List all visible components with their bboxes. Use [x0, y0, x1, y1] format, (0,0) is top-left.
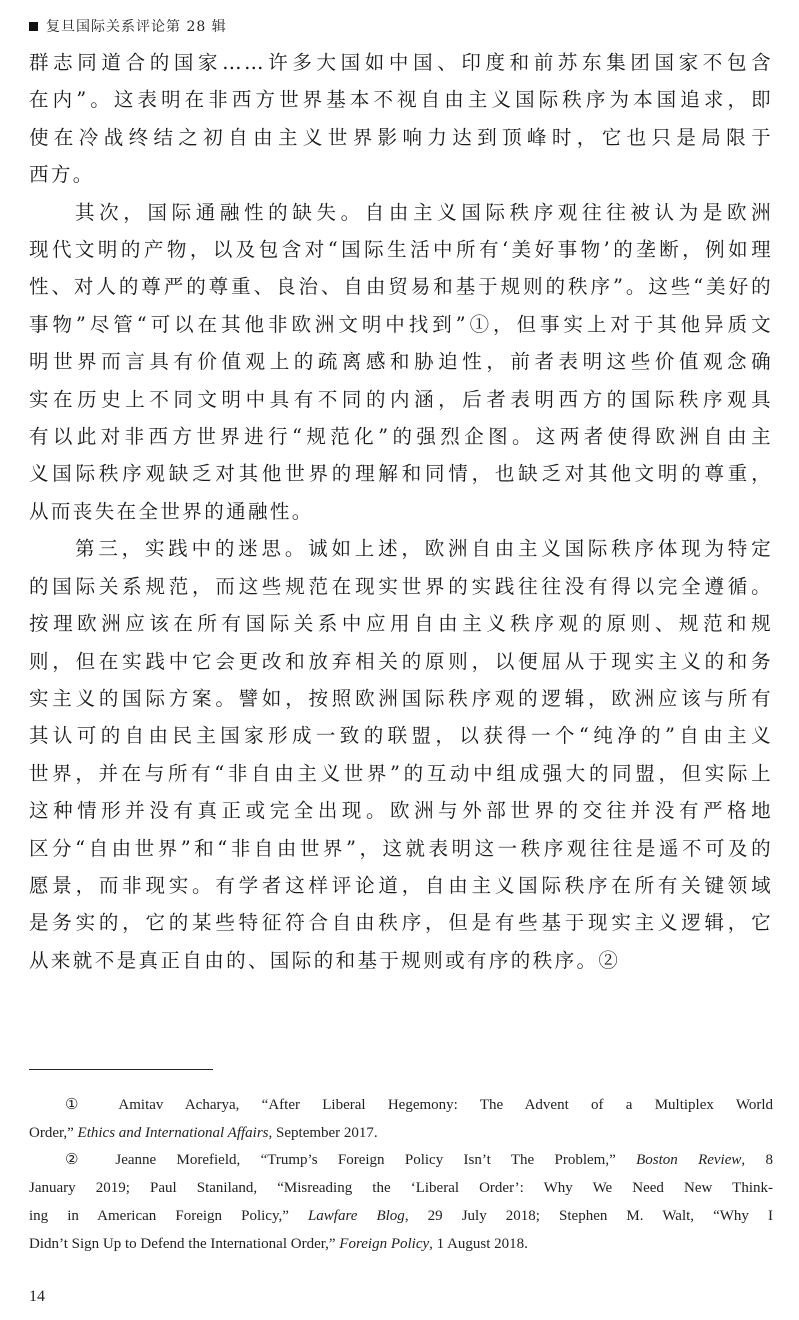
footnote-line: Order,” Ethics and International Affairs… — [29, 1120, 773, 1148]
text-line: 从而丧失在全世界的通融性。 — [29, 493, 773, 530]
square-bullet-icon — [29, 22, 38, 31]
text-line: 在内”。这表明在非西方世界基本不视自由主义国际秩序为本国追求，即 — [29, 81, 773, 118]
text-line: 有以此对非西方世界进行“规范化”的强烈企图。这两者使得欧洲自由主 — [29, 418, 773, 455]
text-line: 实主义的国际方案。譬如，按照欧洲国际秩序观的逻辑，欧洲应该与所有 — [29, 680, 773, 717]
text-line: 第三，实践中的迷思。诚如上述，欧洲自由主义国际秩序体现为特定 — [29, 530, 773, 567]
text-line: 使在冷战终结之初自由主义世界影响力达到顶峰时，它也只是局限于 — [29, 119, 773, 156]
text-line: 现代文明的产物，以及包含对“国际生活中所有‘美好事物’的垄断，例如理 — [29, 231, 773, 268]
text-line: 是务实的，它的某些特征符合自由秩序，但是有些基于现实主义逻辑，它 — [29, 904, 773, 941]
text-line: 实在历史上不同文明中具有不同的内涵，后者表明西方的国际秩序观具 — [29, 381, 773, 418]
footnote-line: ② Jeanne Morefield, “Trump’s Foreign Pol… — [29, 1147, 773, 1175]
text-line: 明世界而言具有价值观上的疏离感和胁迫性，前者表明这些价值观念确 — [29, 343, 773, 380]
footnote-line: January 2019; Paul Staniland, “Misreadin… — [29, 1175, 773, 1203]
text-line: 其次，国际通融性的缺失。自由主义国际秩序观往往被认为是欧洲 — [29, 194, 773, 231]
text-line: 义国际秩序观缺乏对其他世界的理解和同情，也缺乏对其他文明的尊重， — [29, 455, 773, 492]
footnote-line: ① Amitav Acharya, “After Liberal Hegemon… — [29, 1092, 773, 1120]
text-line: 这种情形并没有真正或完全出现。欧洲与外部世界的交往并没有严格地 — [29, 792, 773, 829]
text-line: 世界，并在与所有“非自由主义世界”的互动中组成强大的同盟，但实际上 — [29, 755, 773, 792]
page-number: 14 — [29, 1288, 45, 1306]
journal-title: 复旦国际关系评论第 28 辑 — [46, 16, 227, 36]
footnotes: ① Amitav Acharya, “After Liberal Hegemon… — [29, 1092, 773, 1258]
text-line: 西方。 — [29, 156, 773, 193]
text-line: 按理欧洲应该在所有国际关系中应用自由主义秩序观的原则、规范和规 — [29, 605, 773, 642]
text-line: 从来就不是真正自由的、国际的和基于规则或有序的秩序。② — [29, 942, 773, 979]
text-line: 区分“自由世界”和“非自由世界”，这就表明这一秩序观往往是遥不可及的 — [29, 830, 773, 867]
footnote-divider — [29, 1069, 213, 1070]
text-line: 则，但在实践中它会更改和放弃相关的原则，以便屈从于现实主义的和务 — [29, 643, 773, 680]
running-header: 复旦国际关系评论第 28 辑 — [29, 16, 227, 36]
text-line: 群志同道合的国家……许多大国如中国、印度和前苏东集团国家不包含 — [29, 44, 773, 81]
footnote-line: ing in American Foreign Policy,” Lawfare… — [29, 1203, 773, 1231]
text-line: 性、对人的尊严的尊重、良治、自由贸易和基于规则的秩序”。这些“美好的 — [29, 268, 773, 305]
text-line: 愿景，而非现实。有学者这样评论道，自由主义国际秩序在所有关键领域 — [29, 867, 773, 904]
text-line: 的国际关系规范，而这些规范在现实世界的实践往往没有得以完全遵循。 — [29, 568, 773, 605]
text-line: 其认可的自由民主国家形成一致的联盟，以获得一个“纯净的”自由主义 — [29, 717, 773, 754]
text-line: 事物”尽管“可以在其他非欧洲文明中找到”①，但事实上对于其他异质文 — [29, 306, 773, 343]
footnote-line: Didn’t Sign Up to Defend the Internation… — [29, 1231, 773, 1259]
main-text: 群志同道合的国家……许多大国如中国、印度和前苏东集团国家不包含在内”。这表明在非… — [29, 44, 773, 979]
